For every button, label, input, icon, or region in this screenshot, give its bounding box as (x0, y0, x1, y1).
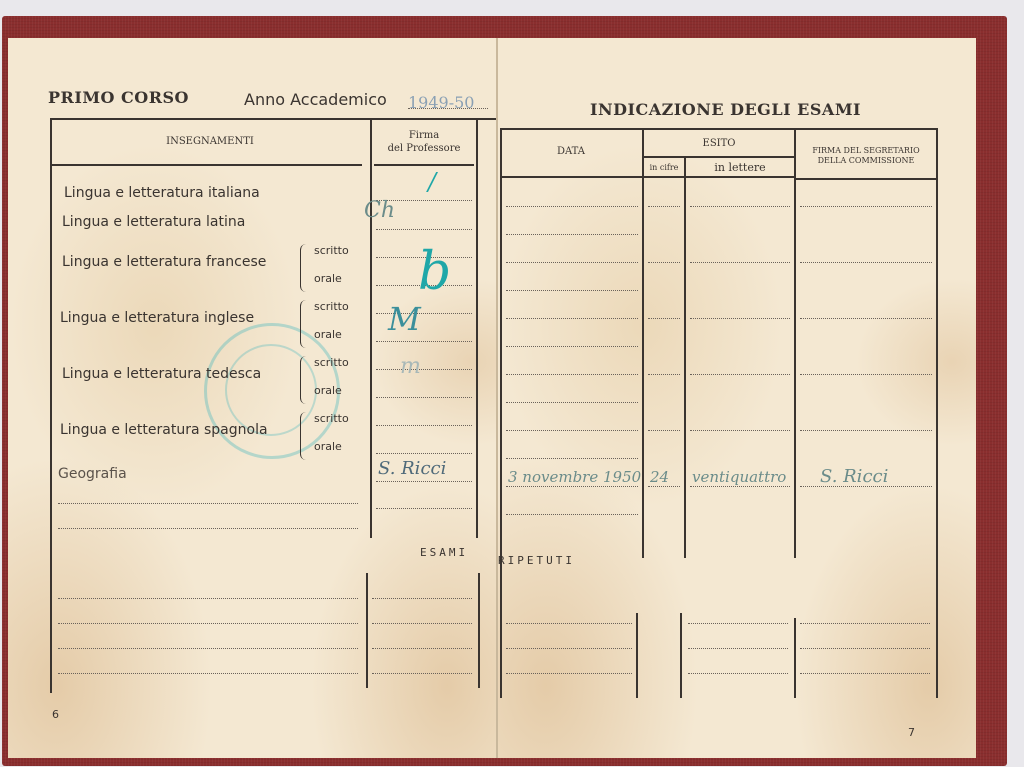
secretary-header-line1: FIRMA DEL SEGRETARIO (796, 146, 936, 156)
blank-line (58, 528, 358, 529)
tedesca-scritto: scritto (314, 356, 349, 369)
brace-spagnola (300, 412, 307, 460)
blank-line (58, 673, 358, 674)
subject-italiano: Lingua e letteratura italiana (64, 185, 260, 201)
lettere-line (688, 623, 788, 624)
secretary-line (800, 673, 930, 674)
spagnola-orale: orale (314, 440, 342, 453)
col-divider-repeated (366, 573, 368, 688)
cifre-line (648, 206, 680, 207)
secretary-line (800, 262, 932, 263)
date-line (506, 623, 632, 624)
brace-inglese (300, 300, 307, 348)
date-line (506, 318, 638, 319)
sig-line (376, 229, 472, 230)
header-bottom-left (50, 164, 362, 166)
date-line (506, 402, 638, 403)
course-heading: PRIMO CORSO (48, 88, 189, 107)
col-divider (370, 118, 372, 538)
subject-geografia: Geografia (58, 466, 127, 482)
brace-francese (300, 244, 307, 292)
geografia-exam-date: 3 novembre 1950 (508, 468, 641, 486)
sig-line (372, 598, 472, 599)
signature-mark-tedesca: m (400, 354, 421, 379)
academic-year-label: Anno Accademico (244, 90, 387, 109)
sig-line (376, 453, 472, 454)
secretary-line (800, 374, 932, 375)
spagnola-scritto: scritto (314, 412, 349, 425)
cifre-line (648, 486, 680, 487)
lettere-line (690, 262, 790, 263)
date-line (506, 262, 638, 263)
col-right-border (476, 118, 478, 538)
date-line (506, 206, 638, 207)
lettere-line (688, 673, 788, 674)
col-divider-repeated (680, 613, 682, 698)
subject-tedesca: Lingua e letteratura tedesca (62, 366, 261, 382)
col-lettere-divider (794, 128, 796, 558)
date-column-header: DATA (500, 146, 642, 158)
francese-scritto: scritto (314, 244, 349, 257)
date-line (506, 458, 638, 459)
cifre-line (648, 318, 680, 319)
subjects-column-header: INSEGNAMENTI (50, 136, 370, 148)
secretary-line (800, 430, 932, 431)
table-left-border (50, 118, 52, 693)
col-right-repeated (478, 573, 480, 688)
subject-inglese: Lingua e letteratura inglese (60, 310, 254, 326)
signature-mark-latino: Ch (364, 198, 395, 223)
date-line (506, 290, 638, 291)
sig-line (376, 397, 472, 398)
geografia-grade-digits: 24 (650, 468, 669, 486)
subject-spagnola: Lingua e letteratura spagnola (60, 422, 268, 438)
col-cifre-divider (684, 158, 686, 558)
sig-line (376, 508, 472, 509)
lettere-line (690, 430, 790, 431)
header-bottom (796, 178, 936, 180)
repeated-exams-label: ESAMI (420, 546, 468, 559)
header-bottom (644, 176, 794, 178)
date-line (506, 234, 638, 235)
lettere-line (690, 374, 790, 375)
in-cifre-header: in cifre (644, 162, 684, 174)
sig-line (372, 648, 472, 649)
signature-mark-francese: b (418, 242, 451, 302)
blank-line (58, 598, 358, 599)
esito-column-header: ESITO (644, 138, 794, 150)
signature-header-line2: del Professore (372, 143, 476, 155)
table-right-border (936, 128, 938, 698)
lettere-line (690, 486, 790, 487)
page-number-left: 6 (52, 708, 59, 721)
esito-sub-divider (644, 156, 794, 158)
sig-line (376, 369, 472, 370)
signature-header-line1: Firma (372, 130, 476, 142)
secretary-line (800, 206, 932, 207)
lettere-line (690, 318, 790, 319)
table-top-border (500, 128, 938, 130)
secretary-signature: S. Ricci (820, 466, 888, 487)
signature-mark-inglese: M (388, 300, 421, 338)
cifre-line (648, 430, 680, 431)
col-divider-repeated (636, 613, 638, 698)
table-top-border (50, 118, 496, 120)
sig-line (372, 623, 472, 624)
date-line (506, 430, 638, 431)
signature-mark-italiano: / (428, 168, 436, 196)
year-dotted-line (408, 108, 488, 109)
date-line (506, 486, 638, 487)
signature-geografia: S. Ricci (378, 458, 446, 479)
secretary-header-line2: DELLA COMMISSIONE (796, 156, 936, 166)
subject-francese: Lingua e letteratura francese (62, 254, 266, 270)
date-line (506, 648, 632, 649)
inglese-scritto: scritto (314, 300, 349, 313)
col-date-divider (642, 128, 644, 558)
header-bottom-right (374, 164, 474, 166)
in-lettere-header: in lettere (686, 162, 794, 174)
date-line (506, 514, 638, 515)
sig-line (376, 341, 472, 342)
academic-year-value: 1949-50 (408, 93, 474, 112)
page-number-right: 7 (908, 726, 915, 739)
geografia-grade-words: ventiquattro (692, 468, 786, 486)
repeated-exams-label-right: RIPETUTI (498, 554, 575, 567)
cifre-line (648, 262, 680, 263)
cifre-line (648, 374, 680, 375)
blank-line (58, 623, 358, 624)
subject-latino: Lingua e letteratura latina (62, 214, 245, 230)
brace-tedesca (300, 356, 307, 404)
date-line (506, 673, 632, 674)
blank-line (58, 648, 358, 649)
secretary-line (800, 318, 932, 319)
exams-heading: INDICAZIONE DEGLI ESAMI (590, 100, 861, 119)
secretary-line (800, 623, 930, 624)
header-bottom (500, 176, 642, 178)
left-page: PRIMO CORSO Anno Accademico 1949-50 INSE… (8, 38, 498, 758)
date-line (506, 346, 638, 347)
tedesca-orale: orale (314, 384, 342, 397)
secretary-line (800, 648, 930, 649)
inglese-orale: orale (314, 328, 342, 341)
table-left-border (500, 128, 502, 698)
sig-line (372, 673, 472, 674)
date-line (506, 374, 638, 375)
right-page: INDICAZIONE DEGLI ESAMI DATA ESITO in ci… (498, 38, 976, 758)
sig-line (376, 481, 472, 482)
francese-orale: orale (314, 272, 342, 285)
lettere-line (688, 648, 788, 649)
sig-line (376, 425, 472, 426)
lettere-line (690, 206, 790, 207)
col-divider-repeated (794, 618, 796, 698)
blank-line (58, 503, 358, 504)
